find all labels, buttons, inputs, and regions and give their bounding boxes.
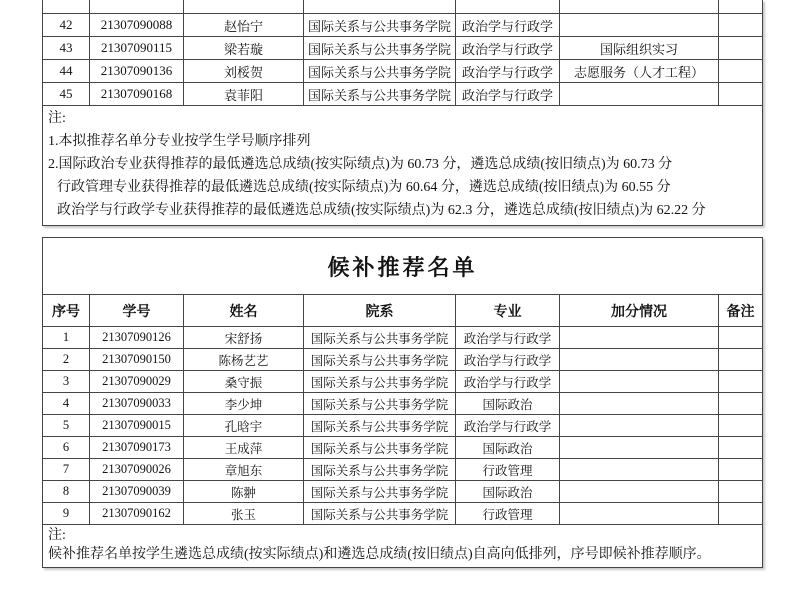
- table-cell: [456, 0, 560, 14]
- table-cell: 42: [43, 14, 90, 37]
- table-cell: 21307090015: [90, 415, 184, 437]
- notes-row: 注: 1.本拟推荐名单分专业按学生学号顺序排列 2.国际政治专业获得推荐的最低遴…: [43, 106, 763, 226]
- column-header: 学号: [90, 295, 184, 327]
- note-line: 行政管理专业获得推荐的最低遴选总成绩(按实际绩点)为 60.64 分，遴选总成绩…: [48, 176, 756, 199]
- table-cell: 章旭东: [184, 459, 304, 481]
- notes-row: 注: 候补推荐名单按学生遴选总成绩(按实际绩点)和遴选总成绩(按旧绩点)自高向低…: [43, 525, 763, 568]
- column-header: 加分情况: [560, 295, 719, 327]
- table-cell: 21307090026: [90, 459, 184, 481]
- header-row: 序号 学号 姓名 院系 专业 加分情况 备注: [43, 295, 763, 327]
- document-page: 4221307090088赵怡宁国际关系与公共事务学院政治学与行政学432130…: [0, 0, 800, 590]
- table-row: 621307090173王成萍国际关系与公共事务学院国际政治: [43, 437, 763, 459]
- table-cell: 9: [43, 503, 90, 525]
- column-header: 序号: [43, 295, 90, 327]
- table-cell: 赵怡宁: [184, 14, 304, 37]
- table-cell: 7: [43, 459, 90, 481]
- table-cell: 6: [43, 437, 90, 459]
- table-cell: 陈杨艺艺: [184, 349, 304, 371]
- note-line: 政治学与行政学专业获得推荐的最低遴选总成绩(按实际绩点)为 62.3 分，遴选总…: [48, 199, 756, 222]
- table-cell: 政治学与行政学: [456, 327, 560, 349]
- table-cell: [719, 349, 763, 371]
- table-cell: 政治学与行政学: [456, 14, 560, 37]
- table-cell: 21307090136: [90, 60, 184, 83]
- table-cell: 43: [43, 37, 90, 60]
- table-cell: 孔晗宇: [184, 415, 304, 437]
- table-cell: 国际政治: [456, 481, 560, 503]
- note-line: 1.本拟推荐名单分专业按学生学号顺序排列: [48, 130, 756, 153]
- table-cell: 21307090150: [90, 349, 184, 371]
- table-cell: 袁菲阳: [184, 83, 304, 106]
- table-row: 4221307090088赵怡宁国际关系与公共事务学院政治学与行政学: [43, 14, 763, 37]
- table-cell: 21307090168: [90, 83, 184, 106]
- table-cell: [719, 0, 763, 14]
- table-cell: [560, 14, 719, 37]
- table-cell: 国际关系与公共事务学院: [304, 349, 456, 371]
- table-cell: [560, 459, 719, 481]
- table-cell: 国际关系与公共事务学院: [304, 415, 456, 437]
- table-cell: [719, 437, 763, 459]
- table-cell: [719, 503, 763, 525]
- table-cell: [719, 14, 763, 37]
- table-row: 121307090126宋舒扬国际关系与公共事务学院政治学与行政学: [43, 327, 763, 349]
- table-cell: 政治学与行政学: [456, 60, 560, 83]
- note-label: 注:: [48, 526, 756, 545]
- table-row: 221307090150陈杨艺艺国际关系与公共事务学院政治学与行政学: [43, 349, 763, 371]
- table-cell: [719, 327, 763, 349]
- table-cell: 国际关系与公共事务学院: [304, 37, 456, 60]
- table-cell: 国际组织实习: [560, 37, 719, 60]
- table-cell: [560, 437, 719, 459]
- table-cell: [560, 481, 719, 503]
- table-cell: 国际关系与公共事务学院: [304, 327, 456, 349]
- column-header: 院系: [304, 295, 456, 327]
- table-cell: 张玉: [184, 503, 304, 525]
- title-row: 候补推荐名单: [43, 238, 763, 295]
- table-cell: [719, 459, 763, 481]
- table-cell: 行政管理: [456, 459, 560, 481]
- table-cell: [184, 0, 304, 14]
- table-cell: 梁若璇: [184, 37, 304, 60]
- table-row: 4421307090136刘桵贺国际关系与公共事务学院政治学与行政学志愿服务（人…: [43, 60, 763, 83]
- table-cell: 国际关系与公共事务学院: [304, 503, 456, 525]
- table-cell: 8: [43, 481, 90, 503]
- table-cell: 44: [43, 60, 90, 83]
- table-cell: [560, 393, 719, 415]
- table-cell: 国际政治: [456, 437, 560, 459]
- table-cell: [719, 415, 763, 437]
- table-cell: 21307090173: [90, 437, 184, 459]
- note-line: 候补推荐名单按学生遴选总成绩(按实际绩点)和遴选总成绩(按旧绩点)自高向低排列，…: [48, 545, 756, 564]
- waitlist-title: 候补推荐名单: [43, 238, 763, 295]
- table-cell: [560, 349, 719, 371]
- table-cell: [43, 0, 90, 14]
- table-cell: [560, 327, 719, 349]
- table-cell: 政治学与行政学: [456, 371, 560, 393]
- table-cell: 45: [43, 83, 90, 106]
- table-cell: 宋舒扬: [184, 327, 304, 349]
- table-cell: 2: [43, 349, 90, 371]
- table-cell: [719, 393, 763, 415]
- table-cell: 21307090088: [90, 14, 184, 37]
- table-cell: 桑守振: [184, 371, 304, 393]
- table-row: 4521307090168袁菲阳国际关系与公共事务学院政治学与行政学: [43, 83, 763, 106]
- table-cell: 21307090115: [90, 37, 184, 60]
- table-cell: 政治学与行政学: [456, 37, 560, 60]
- table-cell: 4: [43, 393, 90, 415]
- table-cell: 陈翀: [184, 481, 304, 503]
- table-cell: [560, 371, 719, 393]
- note-label: 注:: [48, 107, 756, 130]
- table-cell: [719, 481, 763, 503]
- table-cell: 行政管理: [456, 503, 560, 525]
- table-cell: [90, 0, 184, 14]
- table-cell: 21307090039: [90, 481, 184, 503]
- table-cell: 政治学与行政学: [456, 349, 560, 371]
- table-cell: [719, 371, 763, 393]
- notes-cell: 注: 候补推荐名单按学生遴选总成绩(按实际绩点)和遴选总成绩(按旧绩点)自高向低…: [43, 525, 763, 568]
- table-row: 721307090026章旭东国际关系与公共事务学院行政管理: [43, 459, 763, 481]
- table-cell: 国际关系与公共事务学院: [304, 393, 456, 415]
- table-cell: 21307090029: [90, 371, 184, 393]
- table-cell: 刘桵贺: [184, 60, 304, 83]
- table-row: 321307090029桑守振国际关系与公共事务学院政治学与行政学: [43, 371, 763, 393]
- table-cell: 5: [43, 415, 90, 437]
- table-cell: [560, 415, 719, 437]
- table-cell: 政治学与行政学: [456, 415, 560, 437]
- table-cell: [719, 37, 763, 60]
- table-cell: 国际关系与公共事务学院: [304, 371, 456, 393]
- main-recommendation-table: 4221307090088赵怡宁国际关系与公共事务学院政治学与行政学432130…: [42, 0, 763, 226]
- table-row: 4321307090115梁若璇国际关系与公共事务学院政治学与行政学国际组织实习: [43, 37, 763, 60]
- table-cell: 国际关系与公共事务学院: [304, 83, 456, 106]
- column-header: 专业: [456, 295, 560, 327]
- table-cell: [560, 503, 719, 525]
- table-cell: 国际关系与公共事务学院: [304, 459, 456, 481]
- table-cell: 国际政治: [456, 393, 560, 415]
- table-cell: [304, 0, 456, 14]
- table-cell: 国际关系与公共事务学院: [304, 481, 456, 503]
- table-cell: 志愿服务（人才工程）: [560, 60, 719, 83]
- table-cell: 21307090033: [90, 393, 184, 415]
- column-header: 姓名: [184, 295, 304, 327]
- table-cell: 国际关系与公共事务学院: [304, 14, 456, 37]
- table-cell: [719, 60, 763, 83]
- table-row: 421307090033李少坤国际关系与公共事务学院国际政治: [43, 393, 763, 415]
- note-line: 2.国际政治专业获得推荐的最低遴选总成绩(按实际绩点)为 60.73 分，遴选总…: [48, 153, 756, 176]
- table-cell: [560, 0, 719, 14]
- waitlist-table: 候补推荐名单 序号 学号 姓名 院系 专业 加分情况 备注 1213070901…: [42, 237, 763, 568]
- table-cell: [560, 83, 719, 106]
- column-header: 备注: [719, 295, 763, 327]
- cutoff-row: [43, 0, 763, 14]
- table-cell: 政治学与行政学: [456, 83, 560, 106]
- table-cell: 李少坤: [184, 393, 304, 415]
- table-row: 521307090015孔晗宇国际关系与公共事务学院政治学与行政学: [43, 415, 763, 437]
- table-cell: [719, 83, 763, 106]
- table-cell: 国际关系与公共事务学院: [304, 60, 456, 83]
- table-row: 821307090039陈翀国际关系与公共事务学院国际政治: [43, 481, 763, 503]
- table-row: 921307090162张玉国际关系与公共事务学院行政管理: [43, 503, 763, 525]
- table-cell: 21307090162: [90, 503, 184, 525]
- notes-cell: 注: 1.本拟推荐名单分专业按学生学号顺序排列 2.国际政治专业获得推荐的最低遴…: [43, 106, 763, 226]
- table-cell: 3: [43, 371, 90, 393]
- table-cell: 国际关系与公共事务学院: [304, 437, 456, 459]
- table-cell: 1: [43, 327, 90, 349]
- table-cell: 王成萍: [184, 437, 304, 459]
- table-cell: 21307090126: [90, 327, 184, 349]
